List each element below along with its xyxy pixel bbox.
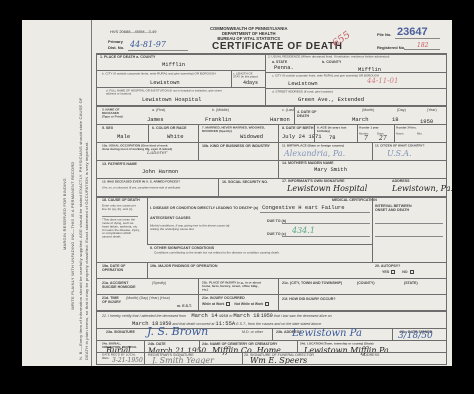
while-at-work-label: While at Work (202, 302, 224, 306)
armed-forces-label: 15. WAS DECEASED EVER IN U. S. ARMED FOR… (102, 180, 180, 183)
marital-label: 7. MARRIED, NEVER MARRIED, WIDOWED, DIVO… (202, 126, 268, 133)
year-label: (Year) (427, 108, 437, 112)
morbid-conditions-label: Morbid conditions, if any, giving rise t… (150, 224, 231, 231)
dist-number: 44-81-97 (130, 40, 166, 49)
ssn-label: 16. SOCIAL SECURITY NO. (222, 180, 272, 184)
residence-city-label: c. CITY (If outside corporate limits, wr… (272, 74, 379, 77)
how-injury-label: 21f. HOW DID INJURY OCCUR? (282, 297, 336, 301)
cert-to-label: to (229, 314, 232, 318)
specify-label: (Specify) (152, 281, 166, 285)
informant-address-label: ADDRESS (392, 179, 410, 183)
birthplace-label: 11. BIRTHPLACE (State or foreign country… (282, 144, 344, 147)
under-24-hrs-label: If under 24 hrs. (396, 126, 417, 129)
residence-county-label: b. COUNTY (322, 60, 341, 64)
hospital-name: Lewistown Hospital (142, 96, 201, 103)
race-value: White (167, 133, 184, 140)
first-label: a. (First) (152, 108, 165, 112)
interval-label: INTERVAL BETWEEN ONSET AND DEATH (375, 204, 423, 212)
death-day: 18 (392, 116, 399, 123)
race-label: 6. COLOR OR RACE (152, 126, 187, 130)
file-number: 23647 (397, 26, 428, 38)
industry-label: 10b. KIND OF BUSINESS OR INDUSTRY (202, 144, 280, 148)
margin-note-2: DEATH in plain terms, so that it may be … (84, 141, 89, 360)
length-of-stay: 4days (243, 80, 258, 86)
issuing-authority: COMMONWEALTH OF PENNSYLVANIA DEPARTMENT … (210, 26, 287, 41)
cause-note: *This does not mean the mode of dying, s… (102, 218, 140, 238)
father-label: 13. FATHER'S NAME (102, 162, 137, 166)
autopsy-yes-checkbox[interactable] (391, 270, 395, 274)
hours-label: Hours (396, 132, 404, 135)
cert-text-1: 22. I hereby certify that I attended the… (102, 314, 186, 318)
physician-address: Lewistown Pa (292, 328, 362, 339)
certification-line-2: March 18 1950 and that death occurred at… (102, 320, 322, 327)
form-code: HVS 20688—450M—3-49 (110, 29, 156, 34)
sex-value: Male (117, 133, 130, 140)
date-of-birth: July 24 1871 (282, 133, 322, 140)
month-label: (Month) (362, 108, 374, 112)
antecedent-label: ANTECEDENT CAUSES (150, 216, 191, 220)
binding-margin: MARGIN RESERVED FOR BINDING WRITE PLAINL… (22, 20, 92, 366)
registered-no-label: Registered No. (377, 45, 405, 50)
file-no-label: File No. (377, 32, 391, 37)
residence-state: Penna. (274, 64, 294, 71)
operation-findings-label: 19b. MAJOR FINDINGS OF OPERATION (150, 264, 217, 268)
margin-write-text: WRITE PLAINLY WITH UNFADING INK—THIS IS … (70, 161, 75, 310)
residence-label: 2. USUAL RESIDENCE (Where deceased lived… (268, 55, 414, 58)
armed-forces-sub: (Yes, no, or unknown) (If yes, complete … (102, 186, 180, 189)
time-columns: (Month) (Day) (Year) (Hour) (126, 296, 170, 300)
margin-note-1: N. B.—Every item of information should b… (78, 97, 83, 360)
certificate-title: CERTIFICATE OF DEATH (212, 41, 343, 52)
last-name: Harmon (270, 116, 290, 123)
attended-to: March 18 (233, 312, 259, 319)
injury-city-label: 21c. (CITY, TOWN AND TOWNSHIP) (282, 281, 342, 285)
death-city-label: b. CITY (If outside corporate limits, wr… (102, 72, 216, 75)
death-month: March (352, 116, 369, 123)
not-at-work-checkbox[interactable] (265, 302, 269, 306)
informant-address: Lewistown, Pa. (392, 184, 453, 193)
accident-label: 21a. ACCIDENT SUICIDE HOMICIDE (102, 281, 142, 289)
time-of-injury-label: 21d. TIME OF INJURY (102, 296, 124, 304)
operation-date-label: 19a. DATE OF OPERATION (102, 264, 142, 272)
certification-line-1: 22. I hereby certify that I attended the… (102, 312, 332, 319)
cert-text-4: E.S.T., from the causes and on the date … (236, 322, 322, 326)
middle-label: b. (Middle) (212, 108, 229, 112)
direct-cause: Congestive H eart Failure (262, 204, 345, 211)
street-label: d. STREET ADDRESS (If rural, give locati… (272, 90, 333, 93)
under-1-year-label: If under 1 year (359, 126, 379, 129)
day-label: (Day) (397, 108, 406, 112)
place-of-injury-label: 21b. PLACE OF INJURY (e.g., in or about … (202, 281, 266, 291)
injury-county-label: (COUNTY) (357, 281, 375, 285)
age-months: 7 (364, 135, 368, 142)
sex-label: 5. SEX (102, 126, 113, 130)
md-label: M.D. or other (242, 330, 263, 334)
autopsy-options: YES NO (382, 270, 414, 274)
street-address: Green Ave., Extended (298, 96, 364, 103)
certificate-form: HVS 20688—450M—3-49 Primary Dist. No. 44… (92, 20, 452, 366)
margin-reserved-text: MARGIN RESERVED FOR BINDING (62, 178, 67, 250)
injury-occurred-options: While at Work Not While at Work (202, 302, 269, 306)
attended-from: March 14 (191, 312, 217, 319)
stay-label: c. LENGTH OF STAY (in this place) (233, 72, 259, 78)
registered-number: 182 (417, 42, 428, 49)
cause-instructions: Enter only one cause per line for (a), (… (102, 204, 136, 211)
direct-cause-label: I. DISEASE OR CONDITION DIRECTLY LEADING… (150, 206, 260, 210)
hospital-label: d. FULL NAME OF HOSPITAL OR INSTITUTION … (106, 89, 226, 95)
other-conditions-label: II. OTHER SIGNIFICANT CONDITIONS (150, 246, 214, 250)
time-of-death: 11:55A (215, 320, 235, 327)
occupation-value: Laborer (147, 150, 167, 156)
residence-red-code: 44-11-01 (367, 77, 398, 85)
autopsy-label: 20. AUTOPSY? (375, 264, 400, 268)
first-name: James (147, 116, 164, 123)
signature-label: 23a. SIGNATURE (106, 330, 135, 334)
death-city: Lewistown (150, 79, 180, 86)
date-of-death-label: 4. DATE OF DEATH (297, 110, 317, 118)
name-label: 3. NAME OF DECEASED (Type or Print) (102, 108, 128, 118)
autopsy-no-label: NO (402, 270, 407, 274)
cause-code: 434.1 (292, 226, 315, 235)
age-days: 27 (379, 135, 387, 142)
burial-location-label: 24d. LOCATION (Town, township or county)… (300, 342, 374, 345)
attended-from-year: 1950 (219, 315, 229, 319)
autopsy-yes-label: YES (382, 270, 389, 274)
cert-text-2: that I last saw the deceased alive on (274, 314, 332, 318)
physician-signature: J. S. Brown (147, 325, 208, 338)
citizen-label: 12. CITIZEN OF WHAT COUNTRY? (375, 144, 426, 147)
medical-certification-label: MEDICAL CERTIFICATION (332, 198, 377, 202)
mother-label: 14. MOTHER'S MAIDEN NAME (282, 161, 334, 165)
citizen-value: U.S.A. (387, 149, 412, 158)
place-of-death-label: 1. PLACE OF DEATH a. COUNTY (100, 55, 155, 59)
attended-to-year: 1950 (261, 313, 273, 319)
injury-state-label: (STATE) (404, 281, 418, 285)
mother-name: Mary Smith (314, 166, 347, 173)
age-value: 78 (329, 134, 336, 141)
dob-label: 8. DATE OF BIRTH (282, 126, 313, 130)
cause-of-death-label: 18. CAUSE OF DEATH (102, 198, 140, 202)
dist-label: Dist. No. (108, 45, 124, 50)
autopsy-no-checkbox[interactable] (410, 270, 414, 274)
father-name: John Harmon (142, 168, 178, 175)
date-received: 3-21-1950 (112, 357, 143, 364)
not-at-work-label: Not While at Work (234, 302, 263, 306)
injury-occurred-label: 21e. INJURY OCCURRED (202, 296, 245, 300)
primary-label: Primary (108, 39, 123, 44)
middle-name: Franklin (205, 116, 231, 123)
while-at-work-checkbox[interactable] (226, 302, 230, 306)
age-label: 9. AGE (In years last birthday) (317, 126, 351, 133)
min-label: Min. (417, 132, 422, 135)
informant-signature: Lewistown Hospital (287, 184, 367, 193)
death-certificate: MARGIN RESERVED FOR BINDING WRITE PLAINL… (22, 20, 452, 366)
funeral-director-address-label: ADDRESS (362, 353, 379, 357)
est-label: m. E.S.T. (177, 304, 192, 308)
informant-label: 17. INFORMANT'S OWN SIGNATURE (282, 179, 344, 183)
birthplace-value: Alexandria, Pa. (284, 149, 345, 158)
residence-city: Lewistown (288, 80, 318, 87)
death-county: Mifflin (162, 61, 185, 68)
marital-status: Widowed (240, 133, 263, 140)
other-conditions-sub: Conditions contributing to the death but… (154, 251, 324, 254)
